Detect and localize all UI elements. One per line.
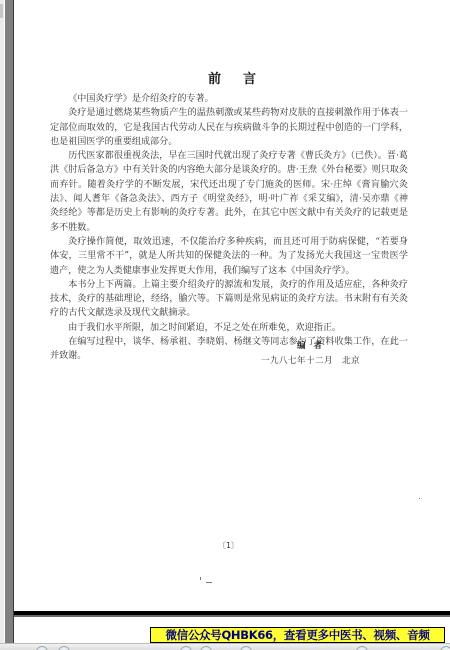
paragraph: 灸疗是通过燃烧某些物质产生的温热刺激或某些药物对皮肤的直接刺激作用于体表一定部位… xyxy=(50,106,408,149)
page-title: 前言 xyxy=(14,68,450,87)
paragraph: 本书分上下两篇。上篇主要介绍灸疗的源流和发展，灸疗的作用及适应症，各种灸疗技术，… xyxy=(50,278,408,321)
toolbar-button[interactable] xyxy=(440,646,450,650)
paragraph: 由于我们水平所限，加之时间紧迫，不足之处在所难免，欢迎指正。 xyxy=(50,321,408,335)
bottom-toolbar xyxy=(0,643,450,650)
toolbar-button[interactable] xyxy=(180,646,192,650)
scan-speck xyxy=(206,582,212,583)
document-page: 前言 《中国灸疗学》是介绍灸疗的专著。 灸疗是通过燃烧某些物质产生的温热刺激或某… xyxy=(14,0,450,605)
left-scrollbar[interactable] xyxy=(0,0,4,645)
toolbar-button[interactable] xyxy=(36,646,48,650)
watermark-banner: 微信公众号QHBK66，查看更多中医书、视频、音频 xyxy=(150,627,445,643)
paragraph: 历代医家都很重视灸法，早在三国时代就出现了灸疗专著《曹氏灸方》（已佚）。晋·葛洪… xyxy=(50,149,408,235)
scan-speck xyxy=(200,577,201,580)
page-number: 〔1〕 xyxy=(218,540,239,551)
paragraph: 《中国灸疗学》是介绍灸疗的专著。 xyxy=(50,92,408,106)
paragraph: 灸疗操作简便，取效迅速，不仅能治疗多种疾病，而且还可用于防病保健，“若要身体安，… xyxy=(50,235,408,278)
signature-author: 编者 xyxy=(297,339,330,351)
body-text: 《中国灸疗学》是介绍灸疗的专著。 灸疗是通过燃烧某些物质产生的温热刺激或某些药物… xyxy=(50,92,408,364)
viewer-gutter xyxy=(5,0,14,643)
toolbar-button[interactable] xyxy=(200,646,212,650)
toolbar-button[interactable] xyxy=(240,646,252,650)
signature-date: 一九八七年十二月 北京 xyxy=(261,354,360,366)
scan-speck xyxy=(419,498,420,499)
left-scrollbar-thumb[interactable] xyxy=(0,4,3,18)
toolbar-button[interactable] xyxy=(356,646,368,650)
toolbar-button[interactable] xyxy=(58,646,70,650)
